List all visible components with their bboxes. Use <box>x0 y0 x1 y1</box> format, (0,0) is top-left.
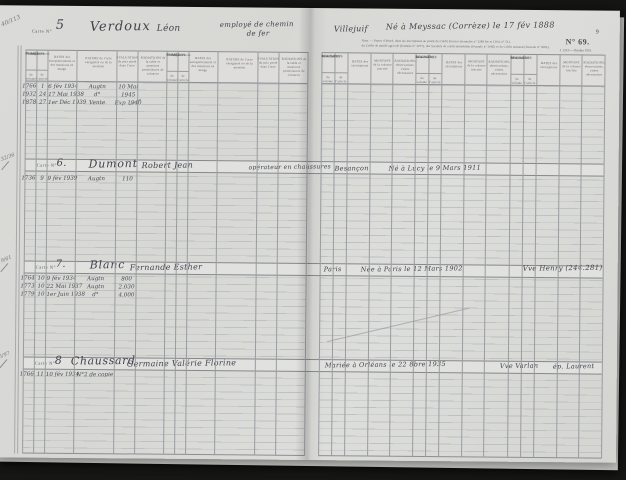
column-header-article: de l’article <box>36 71 47 82</box>
act-nature: d° <box>77 92 117 98</box>
occupation-line2: de fer <box>247 29 270 37</box>
form-number: N° 69. <box>566 37 590 46</box>
marriage-note-handwritten: Mariée à Orléans le 22 8bre 1935 <box>325 360 446 369</box>
imprint-reference: J. 1313 — Octobre 1931. <box>560 48 592 52</box>
surname-handwritten: Verdoux <box>90 19 151 35</box>
act-nature: d° <box>75 292 115 298</box>
header-text: du volume <box>510 77 523 85</box>
occupation-line1: employé de chemin <box>220 20 294 29</box>
column-header-article: de l’article <box>177 72 188 83</box>
column-header-article: de l’article <box>428 74 441 85</box>
header-text: DATES des inscriptions <box>349 59 370 67</box>
carte-number-handwritten: 8 <box>55 354 62 367</box>
volume-number: 1736 <box>20 175 36 181</box>
header-text: RADIATIONS, observations, visées nécessa… <box>394 59 416 75</box>
act-nature: Augtn <box>77 84 117 90</box>
header-text: Numéros <box>26 52 39 56</box>
volume-number: 1766 <box>19 371 35 377</box>
volume-number: 1878 <box>21 99 37 105</box>
column-header-article: de l’article <box>334 73 347 84</box>
photographed-register-spread: 40/113 Carte N° 5 Verdoux Léon employé d… <box>0 0 626 480</box>
act-value: 2.030 <box>112 284 142 290</box>
carte-number-handwritten: 7. <box>56 259 66 270</box>
header-text: de l’article <box>177 74 188 82</box>
residence-handwritten: Besançon <box>335 164 369 172</box>
act-nature: Vente <box>77 100 117 106</box>
act-nature: Augtn <box>76 284 116 290</box>
act-nature: Augtn <box>76 176 116 182</box>
firstnames-handwritten: Léon <box>157 24 181 34</box>
header-text: MONTANT de la créance inscrite <box>466 59 486 71</box>
header-text: ÉVALUATION du prix porté dans l’acte <box>116 55 137 67</box>
carte-number-handwritten: 6. <box>57 158 67 169</box>
volume-number: 1932 <box>21 91 37 97</box>
header-text: MONTANT de la créance inscrite <box>561 60 581 72</box>
residence-handwritten: Villejuif <box>334 24 368 33</box>
registration-date: 22 Mai 1937 <box>47 284 76 290</box>
header-text: de l’article <box>523 77 536 85</box>
registration-date: 10 fév 1934 <box>46 372 75 378</box>
table-header-group-right: REGISTRES de commerce Numéros du volume … <box>415 53 509 86</box>
volume-number: 1766 <box>21 83 37 89</box>
registration-date: 17 Mai 1938 <box>48 92 77 98</box>
birth-note-handwritten: Né à Meyssac (Corrèze) le 17 fév 1888 <box>386 20 555 31</box>
header-text: Numéros <box>511 56 524 60</box>
firstnames-handwritten: Robert Jean <box>142 160 194 170</box>
surname-handwritten: Dumont <box>89 157 138 171</box>
registration-date: 9 fév 1934 <box>47 276 76 282</box>
birth-note-handwritten: Né à Lucy le 9 Mars 1911 <box>389 164 481 173</box>
header-text: du volume <box>25 73 36 81</box>
spouse-note-handwritten: ép. Laurent <box>553 362 595 371</box>
firstnames-handwritten: Germaine Valérie Florine <box>127 358 237 368</box>
carte-label-printed: Carte N° <box>32 29 52 34</box>
act-value: 800 <box>112 276 142 282</box>
pencil-tick <box>0 359 7 368</box>
registration-date: 1er Déc 1939 <box>48 100 77 106</box>
column-header-volume: du volume <box>166 72 177 83</box>
registration-date: 6 fév 1934 <box>48 84 77 90</box>
header-text: MONTANT de la créance inscrite <box>372 59 392 71</box>
header-text: du volume <box>166 74 177 82</box>
birth-note-handwritten: Née à Paris le 12 Mars 1902 <box>361 264 463 273</box>
volume-number: 1764 <box>20 275 36 281</box>
header-text: de l’article <box>334 75 347 83</box>
act-value: 1945 <box>113 92 143 98</box>
header-text: DATES des inscriptions <box>443 60 464 68</box>
header-text: du volume <box>415 76 428 84</box>
header-text: de l’article <box>36 73 47 81</box>
book-gutter-shadow <box>295 8 327 460</box>
table-header-group-right: REGISTRES de commerce Numéros du volume … <box>321 52 415 85</box>
firstnames-handwritten: Fernande Esther <box>130 262 203 272</box>
widow-note-handwritten: Vve Varlan <box>500 362 539 370</box>
header-text: ÉVALUATION du prix porté dans l’acte <box>257 57 278 69</box>
table-header-group-right: REGISTRES de commerce Numéros du volume … <box>510 54 604 87</box>
act-value: 10 Mai <box>113 84 143 90</box>
header-text: NATURE de l’acte enregistré ou de la men… <box>221 57 257 69</box>
carte-number-handwritten: 5 <box>56 18 65 33</box>
page-number: 9 <box>596 30 599 36</box>
header-text: DATES des enregistrements et des mention… <box>47 55 76 71</box>
printed-nota-line2: du Crédit de mutilé agricole (formule n°… <box>362 44 550 49</box>
surname-handwritten: Blanc <box>90 258 126 271</box>
registration-date: 9 fév 1939 <box>47 176 76 182</box>
header-text: RADIATIONS, observations, visées nécessa… <box>583 60 605 76</box>
header-text: Numéros <box>416 55 429 59</box>
register-page: 40/113 Carte N° 5 Verdoux Léon employé d… <box>0 5 620 462</box>
volume-number: 1773 <box>20 283 36 289</box>
column-header-volume: du volume <box>510 75 523 86</box>
table-header-group-left: NUMÉROS d’enregistrement Numéros du volu… <box>25 50 166 83</box>
header-text: RADIATIONS, observations, visées nécessa… <box>488 60 510 76</box>
act-value: 4.000 <box>111 292 141 298</box>
act-nature: Augtn <box>76 276 116 282</box>
act-value: 110 <box>112 176 142 182</box>
header-text: DATES des enregistrements et des mention… <box>188 56 217 72</box>
header-text: Numéros <box>167 53 180 57</box>
margin-fraction-note: 40/113 <box>0 15 21 29</box>
volume-number: 1779 <box>19 291 35 297</box>
header-text: de l’article <box>428 76 441 84</box>
act-nature: N°2 de copie <box>75 372 115 378</box>
column-header-article: de l’article <box>523 75 536 86</box>
header-text: RADIATIONS de la table et mentions posté… <box>139 56 166 76</box>
registration-date: 1er Juin 1938 <box>46 292 75 298</box>
header-text: NATURE de l’acte enregistré ou de la men… <box>80 56 116 68</box>
column-header-volume: du volume <box>415 74 428 85</box>
column-header-volume: du volume <box>25 71 36 82</box>
header-text: DATES des inscriptions <box>538 61 559 69</box>
table-header-group-left: NUMÉROS d’enregistrement Numéros du volu… <box>166 51 307 84</box>
